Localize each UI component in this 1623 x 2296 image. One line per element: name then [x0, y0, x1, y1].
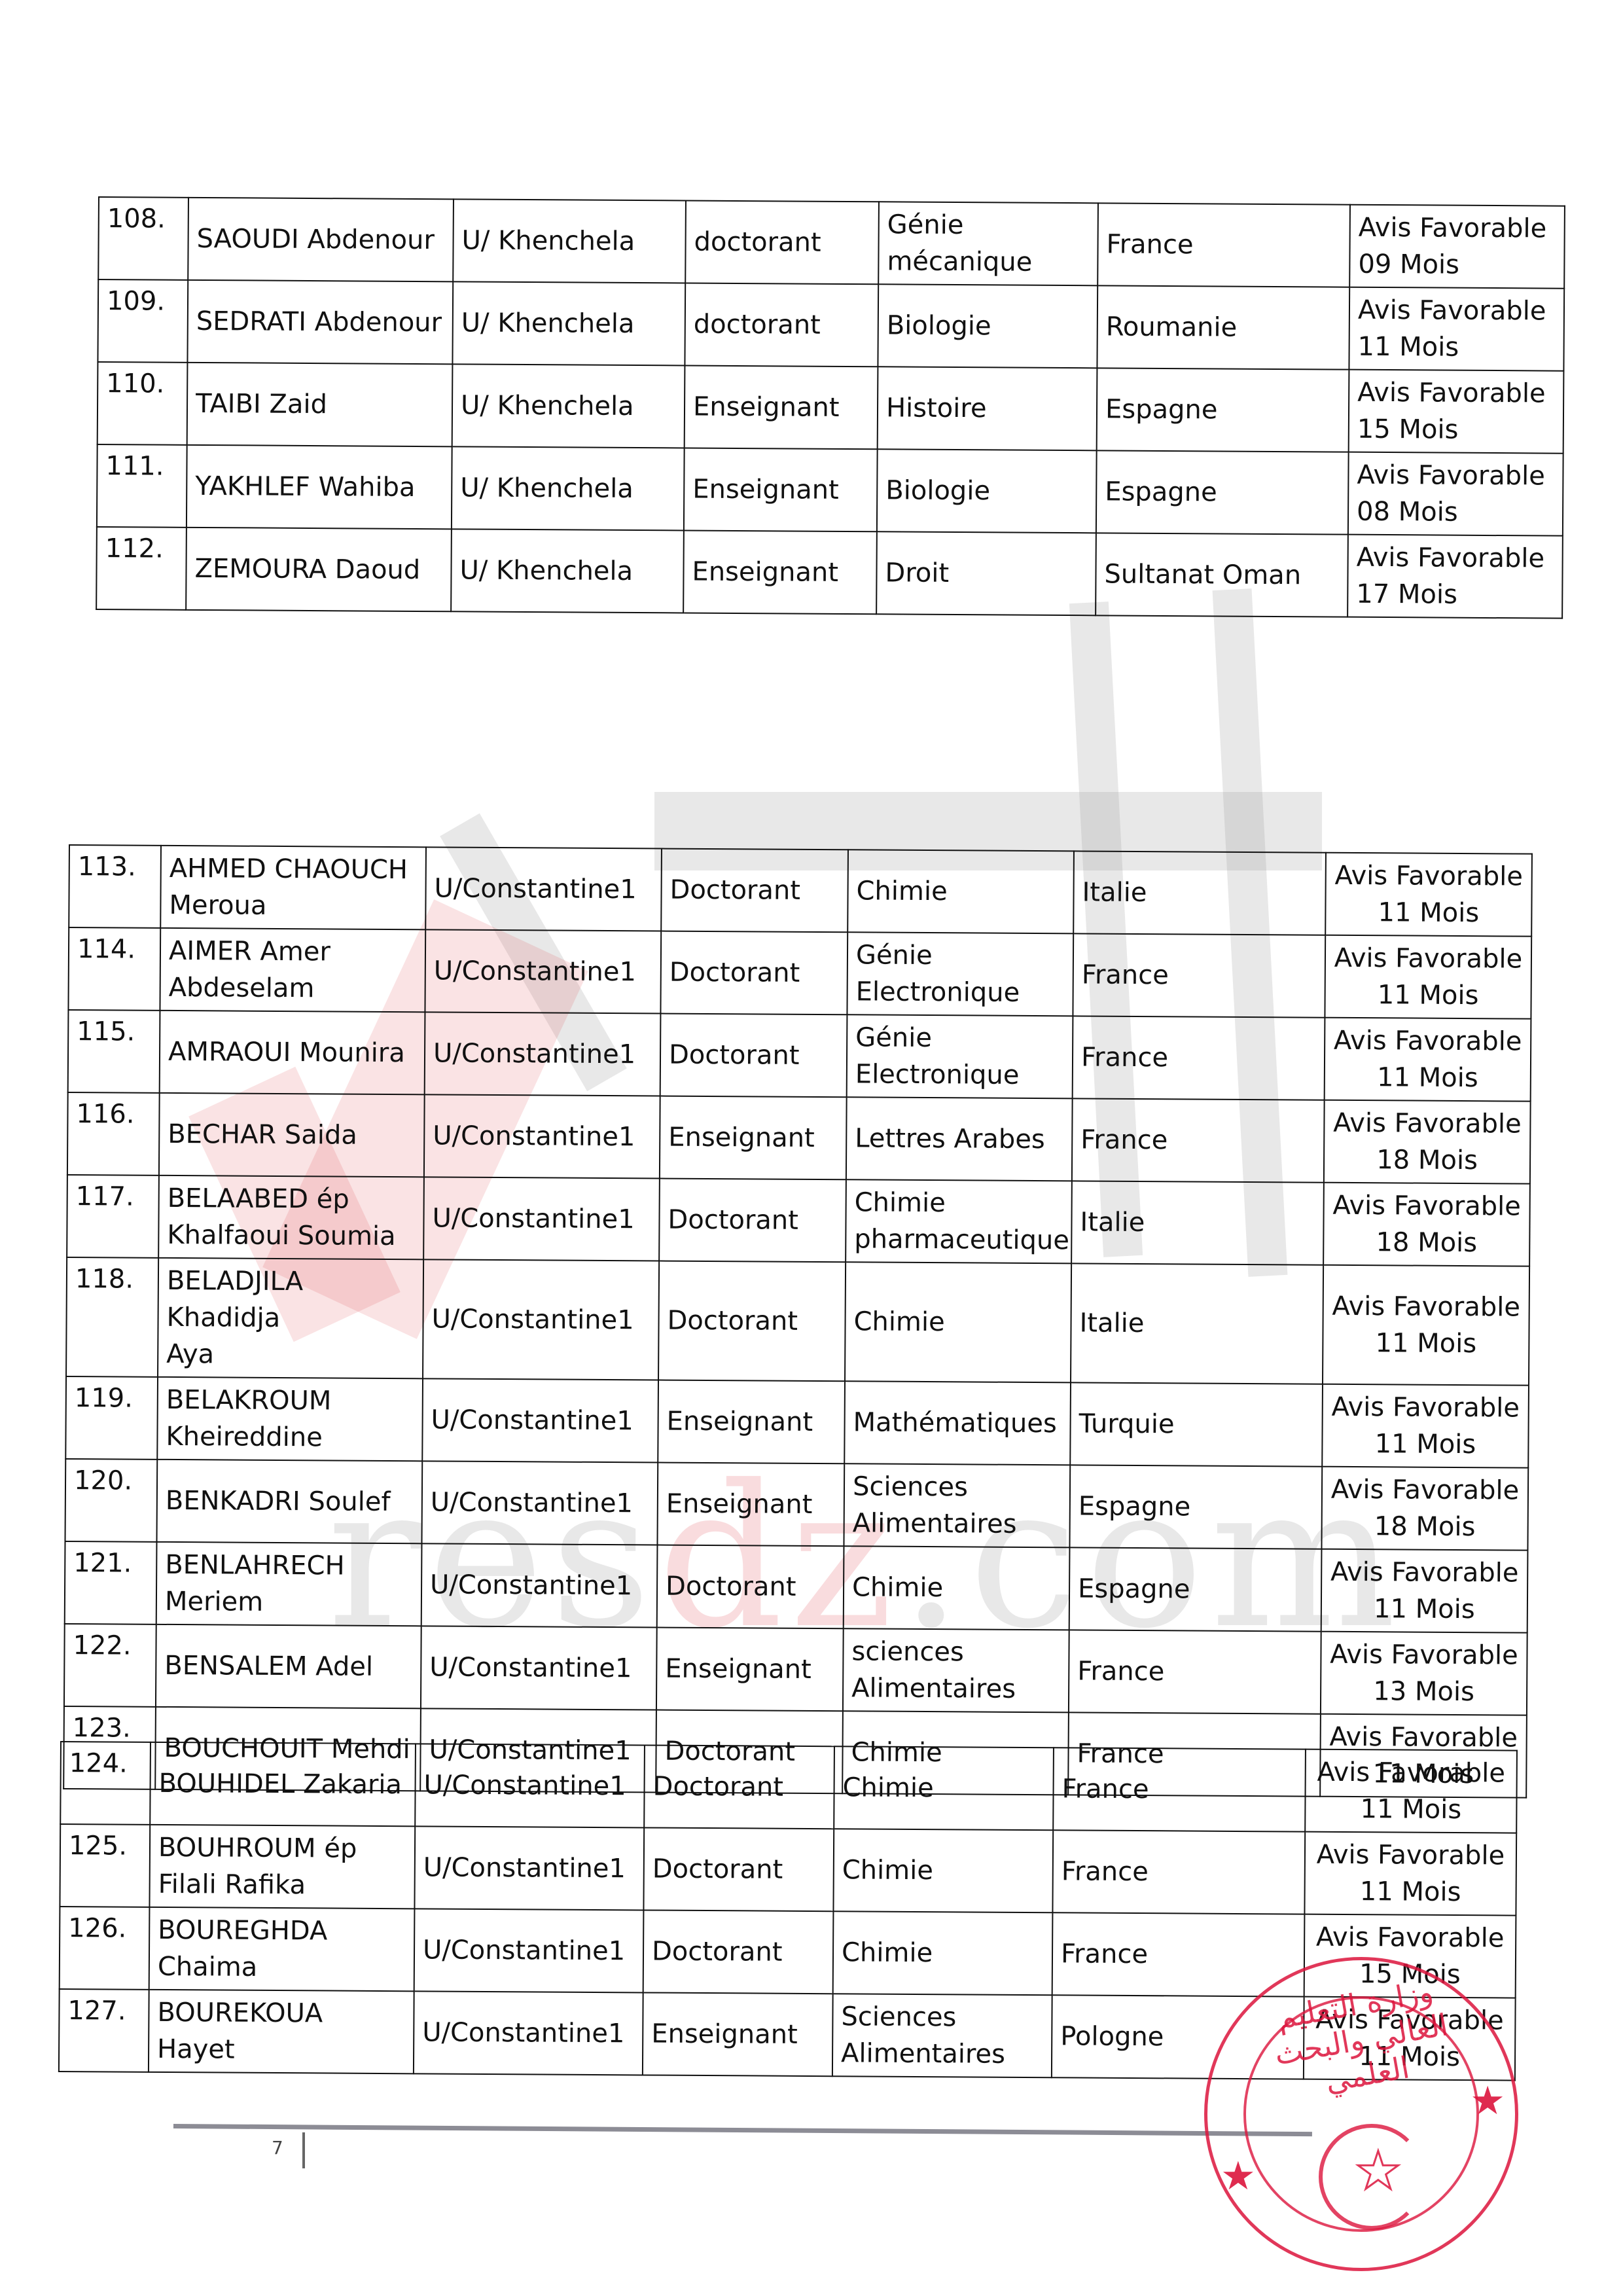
university-cell: U/Constantine1 — [425, 929, 661, 1013]
applicant-name-cell: AIMER Amer Abdeselam — [160, 928, 425, 1012]
row-number: 119. — [75, 1383, 133, 1414]
decision-cell: Avis Favorable 13 Mois — [1321, 1632, 1527, 1715]
destination-country: Espagne — [1105, 476, 1217, 507]
field: Génie Electronique — [855, 1022, 1020, 1090]
destination-country-cell: Italie — [1073, 851, 1326, 935]
university: U/ Khenchela — [461, 390, 634, 422]
grade-cell: Doctorant — [658, 1261, 846, 1382]
university: U/Constantine1 — [431, 1487, 633, 1518]
university-cell: U/ Khenchela — [453, 199, 686, 283]
applicant-name-cell: ZEMOURA Daoud — [186, 528, 452, 611]
table-block-2: 113.AHMED CHAOUCH MerouaU/Constantine1Do… — [63, 844, 1533, 1799]
grade: Enseignant — [668, 1122, 815, 1153]
destination-country: France — [1081, 1042, 1168, 1073]
decision: Avis Favorable 17 Mois — [1356, 543, 1544, 610]
row-number-cell: 120. — [65, 1459, 157, 1542]
decision: Avis Favorable 11 Mois — [1317, 1757, 1505, 1825]
table-row: 114.AIMER Amer AbdeselamU/Constantine1Do… — [68, 927, 1531, 1019]
university: U/Constantine1 — [429, 1652, 632, 1683]
university: U/Constantine1 — [423, 1935, 625, 1966]
grade: Doctorant — [652, 1772, 783, 1803]
row-number-cell: 116. — [67, 1092, 160, 1175]
field: Lettres Arabes — [855, 1123, 1045, 1155]
field-cell: Chimie — [833, 1911, 1053, 1995]
applicant-name: AMRAOUI Mounira — [168, 1037, 405, 1068]
grade: doctorant — [694, 227, 821, 258]
applicant-name-cell: BELAKROUM Kheireddine — [157, 1377, 423, 1461]
university-cell: U/ Khenchela — [452, 446, 685, 530]
university: U/Constantine1 — [423, 1852, 626, 1884]
table-row: 110.TAIBI ZaidU/ KhenchelaEnseignantHist… — [98, 362, 1564, 454]
grade: Doctorant — [669, 1040, 800, 1071]
table-block-1: 108.SAOUDI AbdenourU/ Khencheladoctorant… — [96, 196, 1565, 619]
applicant-name: BELAABED ép Khalfaoui Soumia — [167, 1183, 396, 1251]
decision-cell: Avis Favorable 11 Mois — [1325, 853, 1532, 937]
applicant-name-cell: YAKHLEF Wahiba — [187, 445, 452, 529]
applicant-name: AHMED CHAOUCH Meroua — [169, 853, 408, 921]
destination-country: France — [1077, 1656, 1164, 1687]
applicant-name: SAOUDI Abdenour — [196, 224, 435, 255]
destination-country: France — [1080, 1124, 1168, 1155]
row-number-cell: 124. — [60, 1742, 151, 1825]
star-icon: ★ — [1221, 2157, 1256, 2196]
table-row: 125.BOUHROUM ép Filali RafikaU/Constanti… — [60, 1824, 1516, 1916]
decision-cell: Avis Favorable 11 Mois — [1322, 1384, 1529, 1468]
decision-cell: Avis Favorable 11 Mois — [1323, 1265, 1529, 1386]
decision-cell: Avis Favorable 08 Mois — [1348, 452, 1563, 536]
field: Chimie — [852, 1572, 943, 1603]
destination-country-cell: Espagne — [1069, 1465, 1322, 1549]
field: Mathématiques — [853, 1407, 1056, 1439]
row-number-cell: 108. — [98, 197, 188, 280]
table-row: 126.BOUREGHDA ChaimaU/Constantine1Doctor… — [60, 1907, 1516, 1998]
grade-cell: Doctorant — [659, 1179, 846, 1263]
field: Chimie — [856, 876, 947, 906]
applicant-name: BENSALEM Adel — [164, 1651, 373, 1682]
grade-cell: Enseignant — [656, 1628, 844, 1712]
university: U/ Khenchela — [460, 473, 633, 504]
grade-cell: Enseignant — [683, 530, 877, 614]
row-number: 121. — [73, 1548, 132, 1579]
grade-cell: Doctorant — [661, 849, 848, 933]
destination-country-cell: France — [1053, 1748, 1306, 1831]
destination-country-cell: France — [1052, 1830, 1305, 1914]
decision-cell: Avis Favorable 18 Mois — [1324, 1100, 1531, 1184]
row-number-cell: 111. — [97, 444, 187, 528]
table-row: 108.SAOUDI AbdenourU/ Khencheladoctorant… — [98, 197, 1565, 289]
decision: Avis Favorable 11 Mois — [1330, 1557, 1519, 1624]
table-row: 113.AHMED CHAOUCH MerouaU/Constantine1Do… — [69, 845, 1532, 937]
table-row: 127.BOUREKOUA HayetU/Constantine1Enseign… — [59, 1989, 1516, 2081]
decision-cell: Avis Favorable 11 Mois — [1349, 287, 1564, 371]
row-number-cell: 125. — [60, 1824, 150, 1907]
field-cell: Chimie — [844, 1546, 1070, 1630]
grade-cell: Enseignant — [657, 1463, 844, 1547]
university-cell: U/Constantine1 — [421, 1626, 657, 1710]
field: Biologie — [887, 310, 991, 341]
applicant-name: BECHAR Saida — [168, 1119, 357, 1151]
decision: Avis Favorable 11 Mois — [1334, 861, 1523, 928]
applicant-name: SEDRATI Abdenour — [196, 306, 442, 338]
grade: Doctorant — [669, 958, 800, 988]
grade-cell: Enseignant — [685, 365, 878, 449]
row-number-cell: 118. — [66, 1257, 158, 1377]
university-cell: U/Constantine1 — [425, 847, 662, 931]
row-number: 126. — [68, 1913, 126, 1944]
row-number-cell: 119. — [65, 1376, 158, 1460]
row-number: 127. — [67, 1996, 126, 2026]
university-cell: U/ Khenchela — [451, 529, 684, 613]
destination-country: France — [1061, 1774, 1149, 1804]
grade-cell: Doctorant — [657, 1545, 844, 1629]
decision: Avis Favorable 09 Mois — [1358, 213, 1546, 280]
grade-cell: Enseignant — [660, 1096, 847, 1180]
row-number: 113. — [78, 852, 136, 882]
grade-cell: Doctorant — [660, 931, 847, 1015]
destination-country-cell: Pologne — [1052, 1995, 1304, 2079]
table-row: 112.ZEMOURA DaoudU/ KhenchelaEnseignantD… — [96, 527, 1563, 619]
decision-cell: Avis Favorable 15 Mois — [1304, 1914, 1516, 1998]
row-number: 111. — [105, 451, 164, 482]
decision-cell: Avis Favorable 11 Mois — [1304, 1997, 1516, 2081]
grade: Enseignant — [693, 392, 840, 423]
applicant-name: BOUREKOUA Hayet — [157, 1998, 323, 2065]
field: Droit — [885, 558, 949, 588]
applicant-name-cell: AMRAOUI Mounira — [160, 1011, 425, 1094]
destination-country: France — [1061, 1939, 1148, 1969]
table-row: 121.BENLAHRECH MeriemU/Constantine1Docto… — [65, 1541, 1528, 1633]
row-number: 116. — [76, 1099, 134, 1130]
university: U/Constantine1 — [432, 1203, 634, 1234]
grade: doctorant — [694, 310, 821, 340]
applicant-name-cell: AHMED CHAOUCH Meroua — [160, 846, 426, 929]
field-cell: Sciences Alimentaires — [844, 1463, 1070, 1547]
row-number-cell: 122. — [64, 1624, 156, 1707]
grade-cell: Enseignant — [658, 1380, 845, 1464]
field-cell: Lettres Arabes — [846, 1097, 1073, 1181]
applicant-name: BOUHIDEL Zakaria — [158, 1768, 402, 1800]
decision: Avis Favorable 11 Mois — [1331, 1392, 1520, 1460]
grade: Doctorant — [668, 1205, 798, 1236]
field: Biologie — [885, 475, 990, 506]
field: Génie mécanique — [887, 209, 1032, 277]
field-cell: Chimie — [833, 1829, 1053, 1912]
decision-cell: Avis Favorable 15 Mois — [1349, 370, 1564, 454]
field: Chimie — [842, 1937, 933, 1968]
row-number: 122. — [73, 1630, 131, 1661]
row-number: 114. — [77, 934, 135, 965]
university: U/ Khenchela — [461, 225, 635, 257]
applicant-name: YAKHLEF Wahiba — [195, 471, 415, 503]
star-icon: ★ — [1470, 2081, 1505, 2121]
applicant-name-cell: TAIBI Zaid — [187, 363, 453, 446]
destination-country-cell: Espagne — [1096, 450, 1349, 534]
applicant-name: BENLAHRECH Meriem — [165, 1550, 345, 1617]
destination-country-cell: Espagne — [1069, 1547, 1322, 1631]
destination-country-cell: France — [1072, 1098, 1325, 1182]
field-cell: Biologie — [878, 284, 1097, 368]
applicant-name-cell: BENKADRI Soulef — [156, 1460, 422, 1543]
decision: Avis Favorable 11 Mois — [1357, 295, 1546, 363]
table-row: 117.BELAABED ép Khalfaoui SoumiaU/Consta… — [67, 1175, 1530, 1266]
row-number-cell: 112. — [96, 527, 187, 610]
university-cell: U/ Khenchela — [452, 364, 685, 448]
applicant-name-cell: BOUHIDEL Zakaria — [150, 1742, 416, 1826]
university: U/Constantine1 — [423, 1770, 626, 1801]
applicant-name-cell: SEDRATI Abdenour — [187, 280, 453, 364]
decision-cell: Avis Favorable 17 Mois — [1347, 535, 1563, 619]
applicant-name-cell: BELADJILA Khadidja Aya — [158, 1258, 423, 1378]
row-number: 108. — [107, 204, 166, 234]
university: U/Constantine1 — [422, 2017, 624, 2049]
decision-cell: Avis Favorable 11 Mois — [1304, 1832, 1516, 1916]
university-cell: U/Constantine1 — [414, 1909, 644, 1992]
row-number: 118. — [75, 1264, 134, 1295]
field-cell: sciences Alimentaires — [843, 1628, 1069, 1712]
row-number: 120. — [74, 1465, 132, 1496]
decision-cell: Avis Favorable 09 Mois — [1349, 205, 1565, 289]
decision-cell: Avis Favorable 11 Mois — [1305, 1749, 1517, 1833]
row-number-cell: 127. — [59, 1989, 149, 2072]
grade-cell: Doctorant — [660, 1014, 847, 1098]
university-cell: U/Constantine1 — [414, 1826, 644, 1910]
grade: Doctorant — [669, 875, 800, 906]
university-cell: U/Constantine1 — [421, 1543, 658, 1627]
row-number: 125. — [69, 1831, 127, 1861]
row-number: 115. — [77, 1016, 135, 1047]
university-cell: U/ Khenchela — [452, 281, 685, 365]
row-number-cell: 115. — [68, 1010, 160, 1093]
row-number-cell: 110. — [98, 362, 188, 445]
decision: Avis Favorable 11 Mois — [1334, 943, 1523, 1011]
grade: Doctorant — [666, 1571, 796, 1602]
applicant-name-cell: BECHAR Saida — [159, 1093, 425, 1177]
decision: Avis Favorable 18 Mois — [1331, 1475, 1520, 1542]
decision: Avis Favorable 15 Mois — [1357, 378, 1546, 445]
field: Chimie pharmaceutique — [854, 1187, 1069, 1255]
applicant-name-cell: BELAABED ép Khalfaoui Soumia — [158, 1175, 424, 1259]
applicant-name-cell: BENSALEM Adel — [156, 1624, 421, 1708]
university: U/Constantine1 — [431, 1304, 633, 1335]
table-row: 120.BENKADRI SoulefU/Constantine1Enseign… — [65, 1459, 1528, 1551]
applicant-name-cell: BOUHROUM ép Filali Rafika — [149, 1825, 415, 1909]
destination-country: Turquie — [1079, 1408, 1174, 1439]
university: U/ Khenchela — [461, 308, 635, 339]
destination-country: Italie — [1082, 877, 1147, 908]
field-cell: Chimie — [847, 850, 1074, 933]
decision: Avis Favorable 13 Mois — [1330, 1640, 1518, 1707]
university-cell: U/Constantine1 — [424, 1094, 660, 1178]
footer-rule — [173, 2124, 1312, 2136]
decision-cell: Avis Favorable 18 Mois — [1323, 1183, 1530, 1266]
university: U/Constantine1 — [433, 1121, 635, 1152]
grade-cell: Enseignant — [643, 1992, 833, 2076]
field-cell: Droit — [876, 531, 1096, 615]
destination-country: France — [1082, 960, 1169, 990]
field-cell: Chimie — [845, 1262, 1071, 1382]
destination-country: Italie — [1080, 1207, 1145, 1238]
university: U/Constantine1 — [434, 956, 636, 987]
university-cell: U/Constantine1 — [425, 1012, 661, 1096]
university: U/ Khenchela — [459, 555, 633, 586]
grade-cell: Doctorant — [644, 1745, 834, 1829]
applicant-name: BELAKROUM Kheireddine — [166, 1385, 331, 1452]
field: Chimie — [853, 1306, 944, 1337]
destination-country: Espagne — [1105, 394, 1218, 425]
table-row: 119.BELAKROUM KheireddineU/Constantine1E… — [65, 1376, 1529, 1468]
university-cell: U/Constantine1 — [415, 1744, 645, 1827]
destination-country-cell: France — [1052, 1912, 1305, 1996]
destination-country: Pologne — [1060, 2021, 1164, 2052]
university: U/Constantine1 — [431, 1405, 633, 1436]
university-cell: U/Constantine1 — [423, 1259, 659, 1380]
university-cell: U/Constantine1 — [414, 1991, 643, 2075]
destination-country: Roumanie — [1106, 312, 1238, 342]
university: U/Constantine1 — [430, 1570, 632, 1601]
field-cell: Chimie pharmaceutique — [846, 1179, 1072, 1263]
decision: Avis Favorable 11 Mois — [1334, 1026, 1522, 1093]
university-cell: U/Constantine1 — [421, 1461, 658, 1545]
decision-cell: Avis Favorable 11 Mois — [1321, 1549, 1528, 1633]
destination-country: Italie — [1079, 1308, 1144, 1338]
table-row: 122.BENSALEM AdelU/Constantine1Enseignan… — [64, 1624, 1527, 1715]
decision: Avis Favorable 18 Mois — [1332, 1191, 1521, 1258]
destination-country-cell: Espagne — [1097, 368, 1349, 452]
applicant-name: ZEMOURA Daoud — [194, 554, 420, 585]
grade-cell: Enseignant — [684, 448, 878, 531]
decision-cell: Avis Favorable 11 Mois — [1325, 935, 1531, 1019]
destination-country: Espagne — [1079, 1491, 1191, 1522]
decision: Avis Favorable 11 Mois — [1315, 2005, 1504, 2072]
destination-country-cell: France — [1073, 933, 1325, 1017]
row-number: 109. — [107, 286, 165, 317]
decision: Avis Favorable 11 Mois — [1332, 1291, 1520, 1359]
applicant-name: BOUHROUM ép Filali Rafika — [158, 1833, 357, 1900]
grade: Enseignant — [692, 475, 839, 505]
decision: Avis Favorable 18 Mois — [1333, 1108, 1522, 1175]
applicant-name-cell: BENLAHRECH Meriem — [156, 1542, 422, 1626]
destination-country-cell: France — [1097, 203, 1350, 287]
table-row: 111.YAKHLEF WahibaU/ KhenchelaEnseignant… — [97, 444, 1563, 536]
applicant-name-cell: BOUREKOUA Hayet — [149, 1990, 414, 2073]
row-number: 112. — [105, 533, 164, 564]
field: Chimie — [842, 1772, 933, 1803]
page-number: 7 — [272, 2137, 283, 2159]
destination-country-cell: Italie — [1071, 1263, 1323, 1384]
row-number: 123. — [73, 1713, 131, 1744]
table-row: 116.BECHAR SaidaU/Constantine1Enseignant… — [67, 1092, 1531, 1184]
applicant-name: BOUREGHDA Chaima — [158, 1915, 328, 1982]
crescent-icon — [1319, 2124, 1425, 2230]
field-cell: Histoire — [878, 367, 1097, 450]
destination-country-cell: France — [1069, 1630, 1321, 1713]
destination-country: France — [1061, 1856, 1149, 1887]
decision-cell: Avis Favorable 18 Mois — [1321, 1467, 1528, 1551]
decision: Avis Favorable 15 Mois — [1316, 1922, 1505, 1990]
grade-cell: doctorant — [685, 200, 879, 284]
grade: Enseignant — [666, 1489, 813, 1520]
row-number-cell: 126. — [60, 1907, 150, 1990]
decision: Avis Favorable 08 Mois — [1357, 460, 1545, 528]
university-cell: U/Constantine1 — [422, 1378, 658, 1462]
row-number-cell: 114. — [68, 927, 160, 1011]
destination-country: Sultanat Oman — [1104, 559, 1301, 590]
page-number-divider — [302, 2132, 305, 2168]
row-number-cell: 113. — [69, 845, 161, 928]
field: Génie Electronique — [856, 940, 1020, 1008]
field-cell: Biologie — [877, 449, 1097, 533]
table-row: 109.SEDRATI AbdenourU/ Khencheladoctoran… — [98, 279, 1564, 371]
destination-country-cell: Turquie — [1070, 1382, 1323, 1466]
table-block-3: 124.BOUHIDEL ZakariaU/Constantine1Doctor… — [58, 1741, 1518, 2081]
row-number-cell: 117. — [67, 1175, 159, 1258]
destination-country: France — [1106, 229, 1193, 260]
destination-country-cell: Italie — [1071, 1181, 1324, 1265]
field-cell: Génie Electronique — [847, 1014, 1073, 1098]
row-number: 110. — [106, 368, 164, 399]
grade: Enseignant — [665, 1654, 811, 1685]
grade: Doctorant — [652, 1937, 783, 1967]
field-cell: Mathématiques — [844, 1381, 1071, 1465]
grade: Doctorant — [652, 1854, 783, 1885]
decision: Avis Favorable 11 Mois — [1317, 1840, 1505, 1907]
field-cell: Chimie — [834, 1746, 1054, 1830]
document-page: resdz.com 108.SAOUDI AbdenourU/ Khenchel… — [0, 0, 1623, 2296]
applicant-name: BENKADRI Soulef — [166, 1486, 391, 1517]
field: Sciences Alimentaires — [841, 2001, 1005, 2070]
grade: Enseignant — [692, 557, 838, 588]
table-row: 115.AMRAOUI MouniraU/Constantine1Doctora… — [68, 1010, 1531, 1102]
applicant-name: BELADJILA Khadidja Aya — [166, 1266, 303, 1369]
row-number: 124. — [69, 1748, 128, 1779]
university: U/Constantine1 — [434, 873, 636, 905]
row-number: 117. — [76, 1181, 134, 1212]
grade-cell: Doctorant — [643, 1910, 834, 1994]
grade: Enseignant — [666, 1407, 813, 1437]
table-row: 118.BELADJILA Khadidja AyaU/Constantine1… — [66, 1257, 1529, 1386]
destination-country-cell: Sultanat Oman — [1096, 533, 1348, 617]
destination-country-cell: France — [1073, 1016, 1325, 1100]
row-number-cell: 121. — [65, 1541, 157, 1624]
field: Histoire — [886, 393, 987, 423]
table-row: 124.BOUHIDEL ZakariaU/Constantine1Doctor… — [60, 1742, 1517, 1833]
field: Chimie — [842, 1855, 933, 1886]
field: sciences Alimentaires — [851, 1636, 1016, 1704]
field: Sciences Alimentaires — [853, 1471, 1017, 1539]
grade-cell: doctorant — [685, 283, 878, 367]
field-cell: Sciences Alimentaires — [832, 1994, 1052, 2077]
university-cell: U/Constantine1 — [423, 1177, 660, 1261]
decision-cell: Avis Favorable 11 Mois — [1325, 1018, 1531, 1102]
applicant-name-cell: BOUREGHDA Chaima — [149, 1907, 415, 1991]
destination-country: Espagne — [1078, 1573, 1190, 1604]
field-cell: Génie Electronique — [847, 932, 1073, 1016]
row-number-cell: 109. — [98, 279, 188, 363]
grade-cell: Doctorant — [643, 1827, 834, 1911]
destination-country-cell: Roumanie — [1097, 285, 1349, 369]
star-icon: ★ — [1355, 2140, 1402, 2201]
applicant-name-cell: SAOUDI Abdenour — [188, 198, 454, 281]
field-cell: Génie mécanique — [878, 202, 1098, 285]
grade: Enseignant — [651, 2019, 798, 2050]
university: U/Constantine1 — [433, 1038, 635, 1069]
applicant-name: AIMER Amer Abdeselam — [169, 936, 330, 1003]
grade: Doctorant — [667, 1306, 798, 1336]
applicant-name: TAIBI Zaid — [196, 389, 327, 420]
